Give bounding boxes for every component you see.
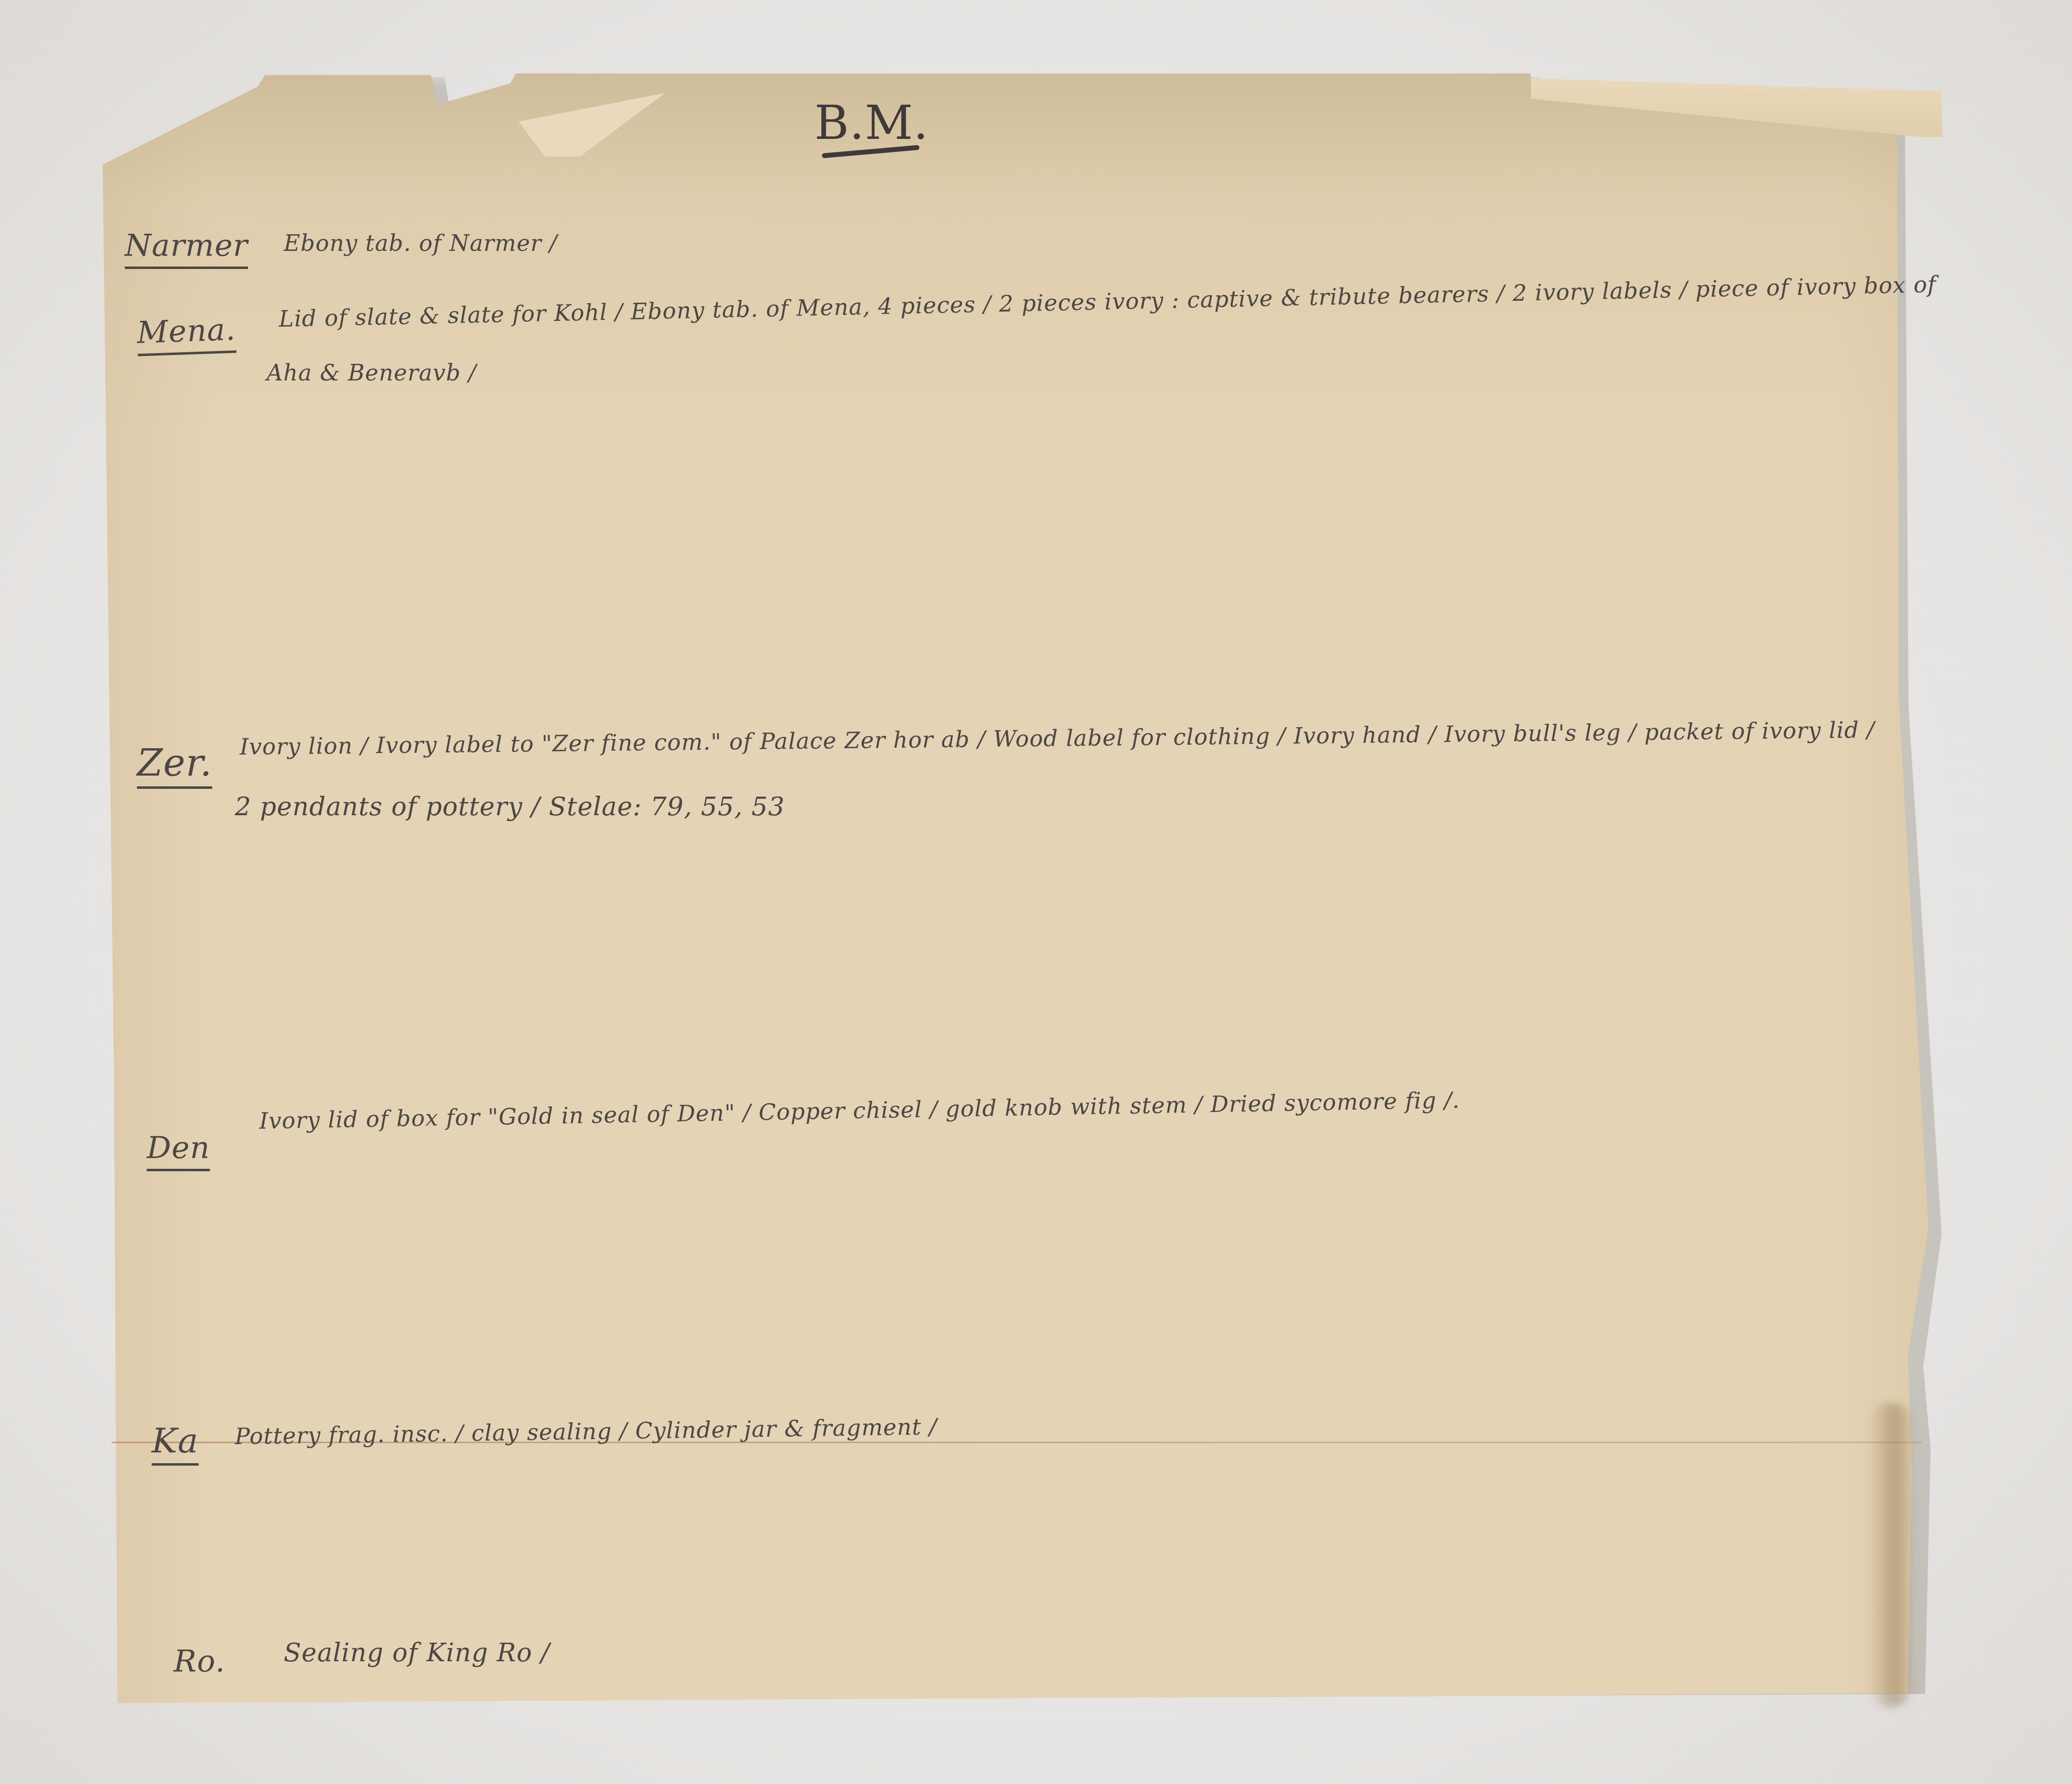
entry-label-mena: Mena. (136, 312, 236, 351)
entry-label-den: Den (147, 1130, 210, 1165)
entry-label-ro: Ro. (174, 1643, 225, 1679)
entry-label-ka: Ka (152, 1421, 199, 1461)
entry-text-ro: Sealing of King Ro / (284, 1638, 550, 1668)
entry-text-zer-line2: 2 pendants of pottery / Stelae: 79, 55, … (235, 792, 785, 822)
entry-text-mena-line2: Aha & Beneravb / (267, 359, 476, 386)
entry-label-zer: Zer. (137, 741, 212, 784)
lower-edge-curl (1869, 1404, 1913, 1707)
entry-text-narmer: Ebony tab. of Narmer / (284, 230, 558, 256)
page-heading: B.M. (814, 95, 929, 150)
entry-label-narmer: Narmer (125, 227, 248, 263)
